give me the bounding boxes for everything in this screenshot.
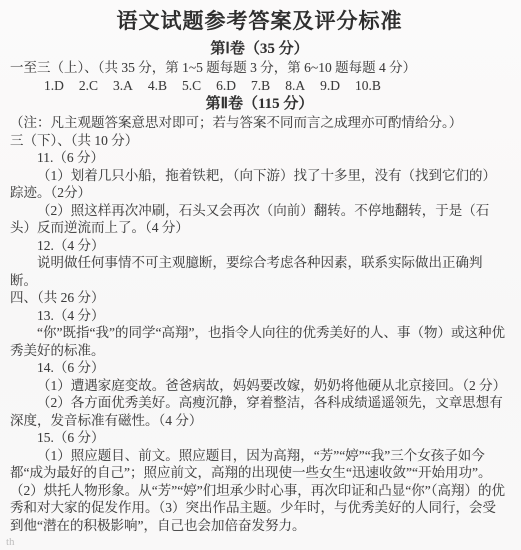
answer-row: 1.D 2.C 3.A 4.B 5.C 6.D 7.B 8.A 9.D 10.B	[44, 77, 509, 95]
answer-item-10: 10.B	[355, 77, 381, 95]
scan-artifact: th	[6, 537, 15, 548]
answer-item-5: 5.C	[182, 77, 201, 95]
q13-label: 13.（4 分）	[10, 307, 509, 325]
answer-item-7: 7.B	[251, 77, 270, 95]
answer-item-8: 8.A	[285, 77, 305, 95]
q12-answer: 说明做任何事情不可主观臆断，要综合考虑各种因素，联系实际做出正确判断。	[10, 254, 509, 289]
document-page: 语文试题参考答案及评分标准 第Ⅰ卷（35 分） 一至三（上）、（共 35 分，第…	[0, 0, 521, 550]
answer-item-6: 6.D	[216, 77, 236, 95]
answer-item-1: 1.D	[44, 77, 64, 95]
q13-answer: “你”既指“我”的同学“高翔”，也指令人向往的优秀美好的人、事（物）或这种优秀美…	[10, 324, 509, 359]
q11-answer-2: （2）照这样再次冲刷，石头又会再次（向前）翻转。不停地翻转，于是（石头）反而逆流…	[10, 202, 509, 237]
section1-heading: 第Ⅰ卷（35 分）	[10, 39, 509, 59]
q11-answer-1: （1）划着几只小船，拖着铁耙，（向下游）找了十多里，没有（找到它们的）踪迹。（2…	[10, 167, 509, 202]
q14-answer-2: （2）各方面优秀美好。高瘦沉静，穿着整洁，各科成绩遥遥领先，文章思想有深度，发音…	[10, 394, 509, 429]
q14-label: 14.（6 分）	[10, 359, 509, 377]
part3-heading: 三（下）、（共 10 分）	[10, 132, 509, 150]
answer-item-9: 9.D	[320, 77, 340, 95]
answer-item-4: 4.B	[148, 77, 167, 95]
q15-label: 15.（6 分）	[10, 429, 509, 447]
answer-item-2: 2.C	[79, 77, 98, 95]
q12-label: 12.（4 分）	[10, 237, 509, 255]
answer-item-3: 3.A	[113, 77, 133, 95]
grading-note: （注：凡主观题答案意思对即可；若与答案不同而言之成理亦可酌情给分。）	[10, 114, 509, 132]
section1-intro: 一至三（上）、（共 35 分，第 1~5 题每题 3 分，第 6~10 题每题 …	[10, 59, 509, 77]
q14-answer-1: （1）遭遇家庭变故。爸爸病故，妈妈要改嫁，奶奶将他硬从北京接回。（2 分）	[10, 377, 509, 395]
q15-answer: （1）照应题目、前文。照应题目，因为高翔，“芳”“婷”“我”三个女孩子如今都“成…	[10, 447, 509, 535]
q11-label: 11.（6 分）	[10, 149, 509, 167]
part4-heading: 四、（共 26 分）	[10, 289, 509, 307]
section2-heading: 第Ⅱ卷（115 分）	[10, 94, 509, 114]
document-title: 语文试题参考答案及评分标准	[10, 6, 509, 37]
